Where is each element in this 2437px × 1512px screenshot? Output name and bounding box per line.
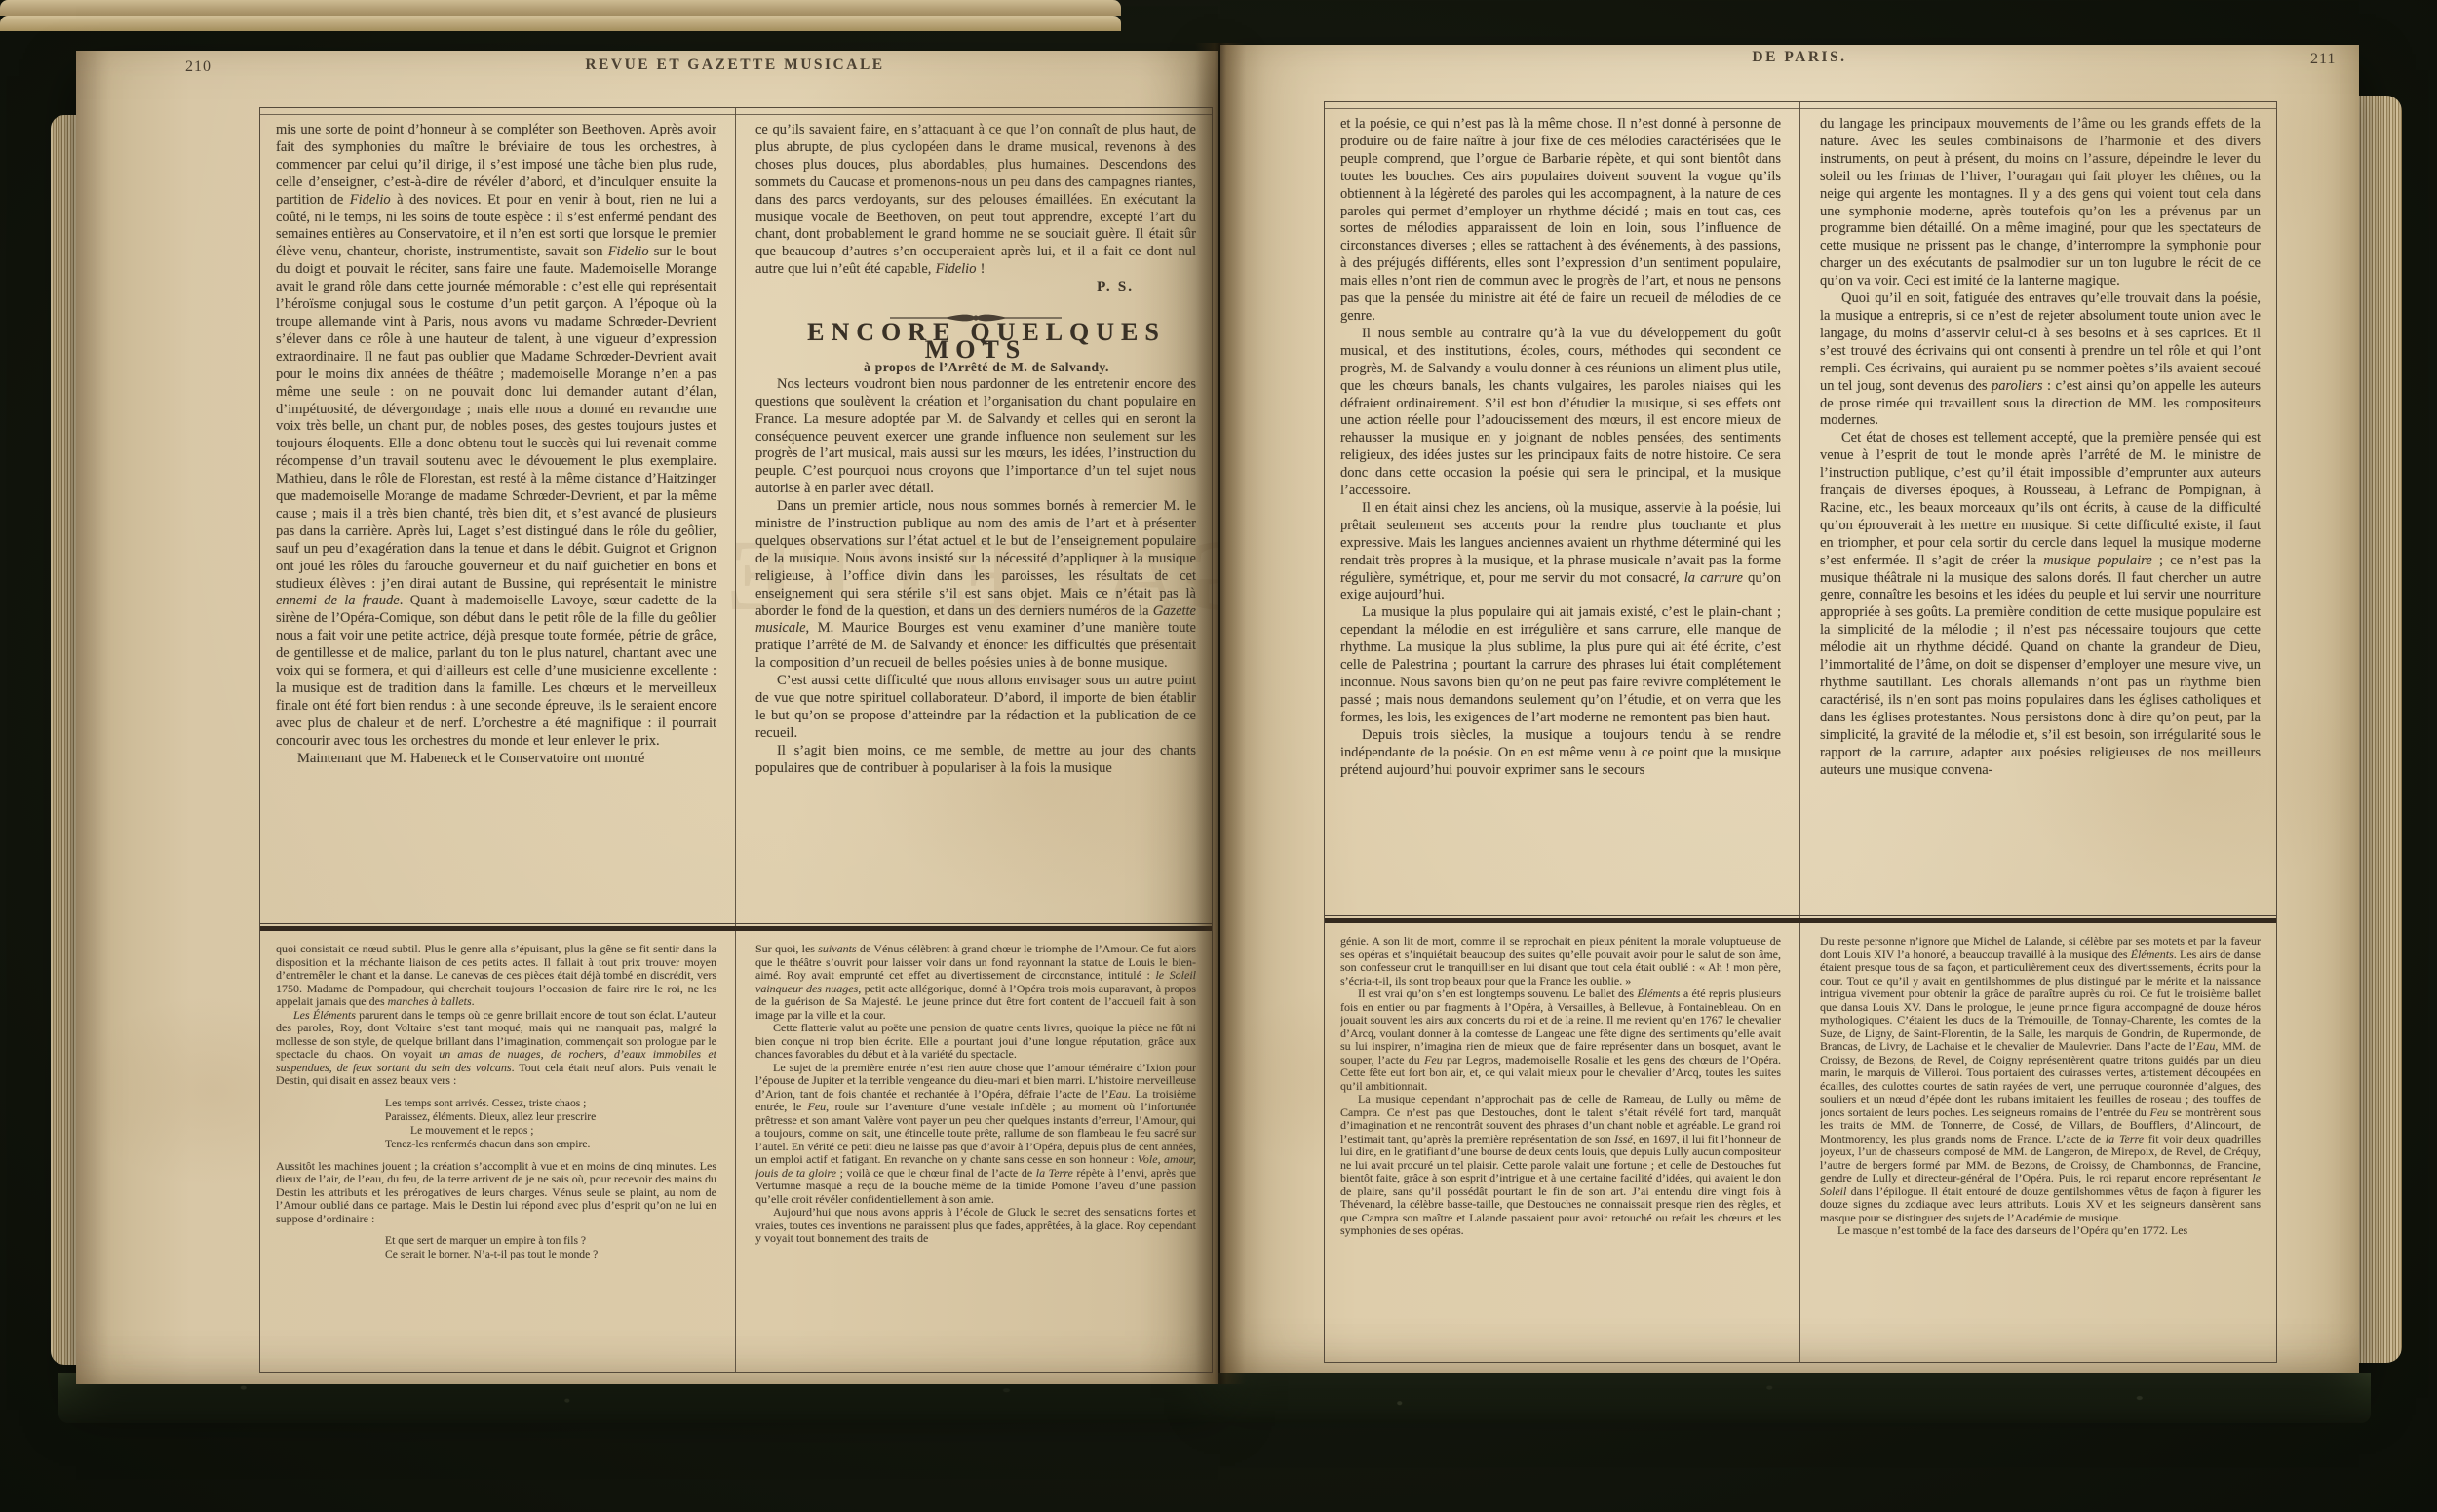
feuilleton-separator-rule [1325, 915, 2276, 923]
paragraph: Sur quoi, les suivants de Vénus célèbren… [755, 943, 1196, 1022]
left-page: 210 REVUE ET GAZETTE MUSICALE GAZETTE mi… [76, 51, 1218, 1384]
verse-line: Et que sert de marquer un empire à ton f… [385, 1234, 716, 1248]
verse-line: Paraissez, éléments. Dieux, allez leur p… [385, 1110, 716, 1124]
column-divider-right-page [1799, 102, 1800, 1362]
paragraph: C’est aussi cette difficulté que nous al… [755, 673, 1196, 743]
feuilleton-separator-rule [260, 923, 1212, 931]
paragraph: Nos lecteurs voudront bien nous pardonne… [755, 376, 1196, 498]
verse-line: Le mouvement et le repos ; [410, 1124, 716, 1138]
page-frame-left: GAZETTE mis une sorte de point d’honneur… [259, 107, 1213, 1373]
right-page-top-edge [0, 16, 1121, 31]
page-number-left: 210 [185, 58, 212, 76]
article-title: ENCORE QUELQUES MOTS [755, 324, 1196, 359]
verse-line: Ce serait le borner. N’a-t-il pas tout l… [385, 1248, 716, 1261]
paragraph: Dans un premier article, nous nous somme… [755, 498, 1196, 673]
paragraph: Il en était ainsi chez les anciens, où l… [1340, 500, 1781, 604]
paragraph: ce qu’ils savaient faire, en s’attaquant… [755, 122, 1196, 279]
feuilleton-column: génie. A son lit de mort, comme il se re… [1340, 935, 1781, 1350]
paragraph: Il s’agit bien moins, ce me semble, de m… [755, 743, 1196, 778]
paragraph: Le masque n’est tombé de la face des dan… [1820, 1224, 2261, 1238]
paragraph: Depuis trois siècles, la musique a toujo… [1340, 727, 1781, 780]
paragraph: quoi consistait ce nœud subtil. Plus le … [276, 943, 716, 1009]
article-subtitle: à propos de l’Arrêté de M. de Salvandy. [755, 359, 1196, 376]
paragraph: La musique cependant n’approchait pas de… [1340, 1093, 1781, 1238]
running-title-right: DE PARIS. [1324, 49, 2275, 66]
paragraph: Il nous semble au contraire qu’à la vue … [1340, 326, 1781, 500]
paragraph: génie. A son lit de mort, comme il se re… [1340, 935, 1781, 988]
paragraph: Maintenant que M. Habeneck et le Conserv… [276, 751, 716, 768]
paragraph: et la poésie, ce qui n’est pas là la mêm… [1340, 116, 1781, 326]
paragraph: Cet état de choses est tellement accepté… [1820, 430, 2261, 779]
paragraph: du langage les principaux mouvements de … [1820, 116, 2261, 291]
paragraph: Cette flatterie valut au poëte une pensi… [755, 1022, 1196, 1062]
right-page: DE PARIS. 211 et la poésie, ce qui n’est… [1220, 45, 2359, 1373]
page-number-right: 211 [2310, 51, 2336, 68]
paragraph: Du reste personne n’ignore que Michel de… [1820, 935, 2261, 1224]
text-column: mis une sorte de point d’honneur à se co… [276, 122, 716, 910]
feuilleton-column: quoi consistait ce nœud subtil. Plus le … [276, 943, 716, 1360]
paragraph: mis une sorte de point d’honneur à se co… [276, 122, 716, 751]
paragraph: Aussitôt les machines jouent ; la créati… [276, 1160, 716, 1226]
text-column: et la poésie, ce qui n’est pas là la mêm… [1340, 116, 1781, 902]
verse-quote: Et que sert de marquer un empire à ton f… [385, 1234, 716, 1261]
running-title-left: REVUE ET GAZETTE MUSICALE [259, 57, 1211, 74]
paragraph: Aujourd’hui que nous avons appris à l’éc… [755, 1206, 1196, 1246]
verse-line: Tenez-les renfermés chacun dans son empi… [385, 1138, 716, 1151]
text-column: ce qu’ils savaient faire, en s’attaquant… [755, 122, 1196, 910]
text-column: du langage les principaux mouvements de … [1820, 116, 2261, 902]
left-page-top-edge [0, 0, 1121, 16]
paragraph: Les Éléments parurent dans le temps où c… [276, 1009, 716, 1088]
ps-signature: P. S. [755, 279, 1196, 296]
page-frame-right: et la poésie, ce qui n’est pas là la mêm… [1324, 101, 2277, 1363]
paragraph: La musique la plus populaire qui ait jam… [1340, 604, 1781, 726]
column-divider-left-page [735, 108, 736, 1372]
paragraph: Le sujet de la première entrée n’est rie… [755, 1062, 1196, 1207]
feuilleton-column: Sur quoi, les suivants de Vénus célèbren… [755, 943, 1196, 1360]
right-page-fore-edge [2355, 96, 2402, 1363]
feuilleton-column: Du reste personne n’ignore que Michel de… [1820, 935, 2261, 1350]
verse-quote: Les temps sont arrivés. Cessez, triste c… [385, 1097, 716, 1151]
scanned-journal-spread: 210 REVUE ET GAZETTE MUSICALE GAZETTE mi… [0, 0, 2437, 1512]
paragraph: Quoi qu’il en soit, fatiguée des entrave… [1820, 291, 2261, 430]
paragraph: Il est vrai qu’on s’en est longtemps sou… [1340, 988, 1781, 1093]
verse-line: Les temps sont arrivés. Cessez, triste c… [385, 1097, 716, 1110]
